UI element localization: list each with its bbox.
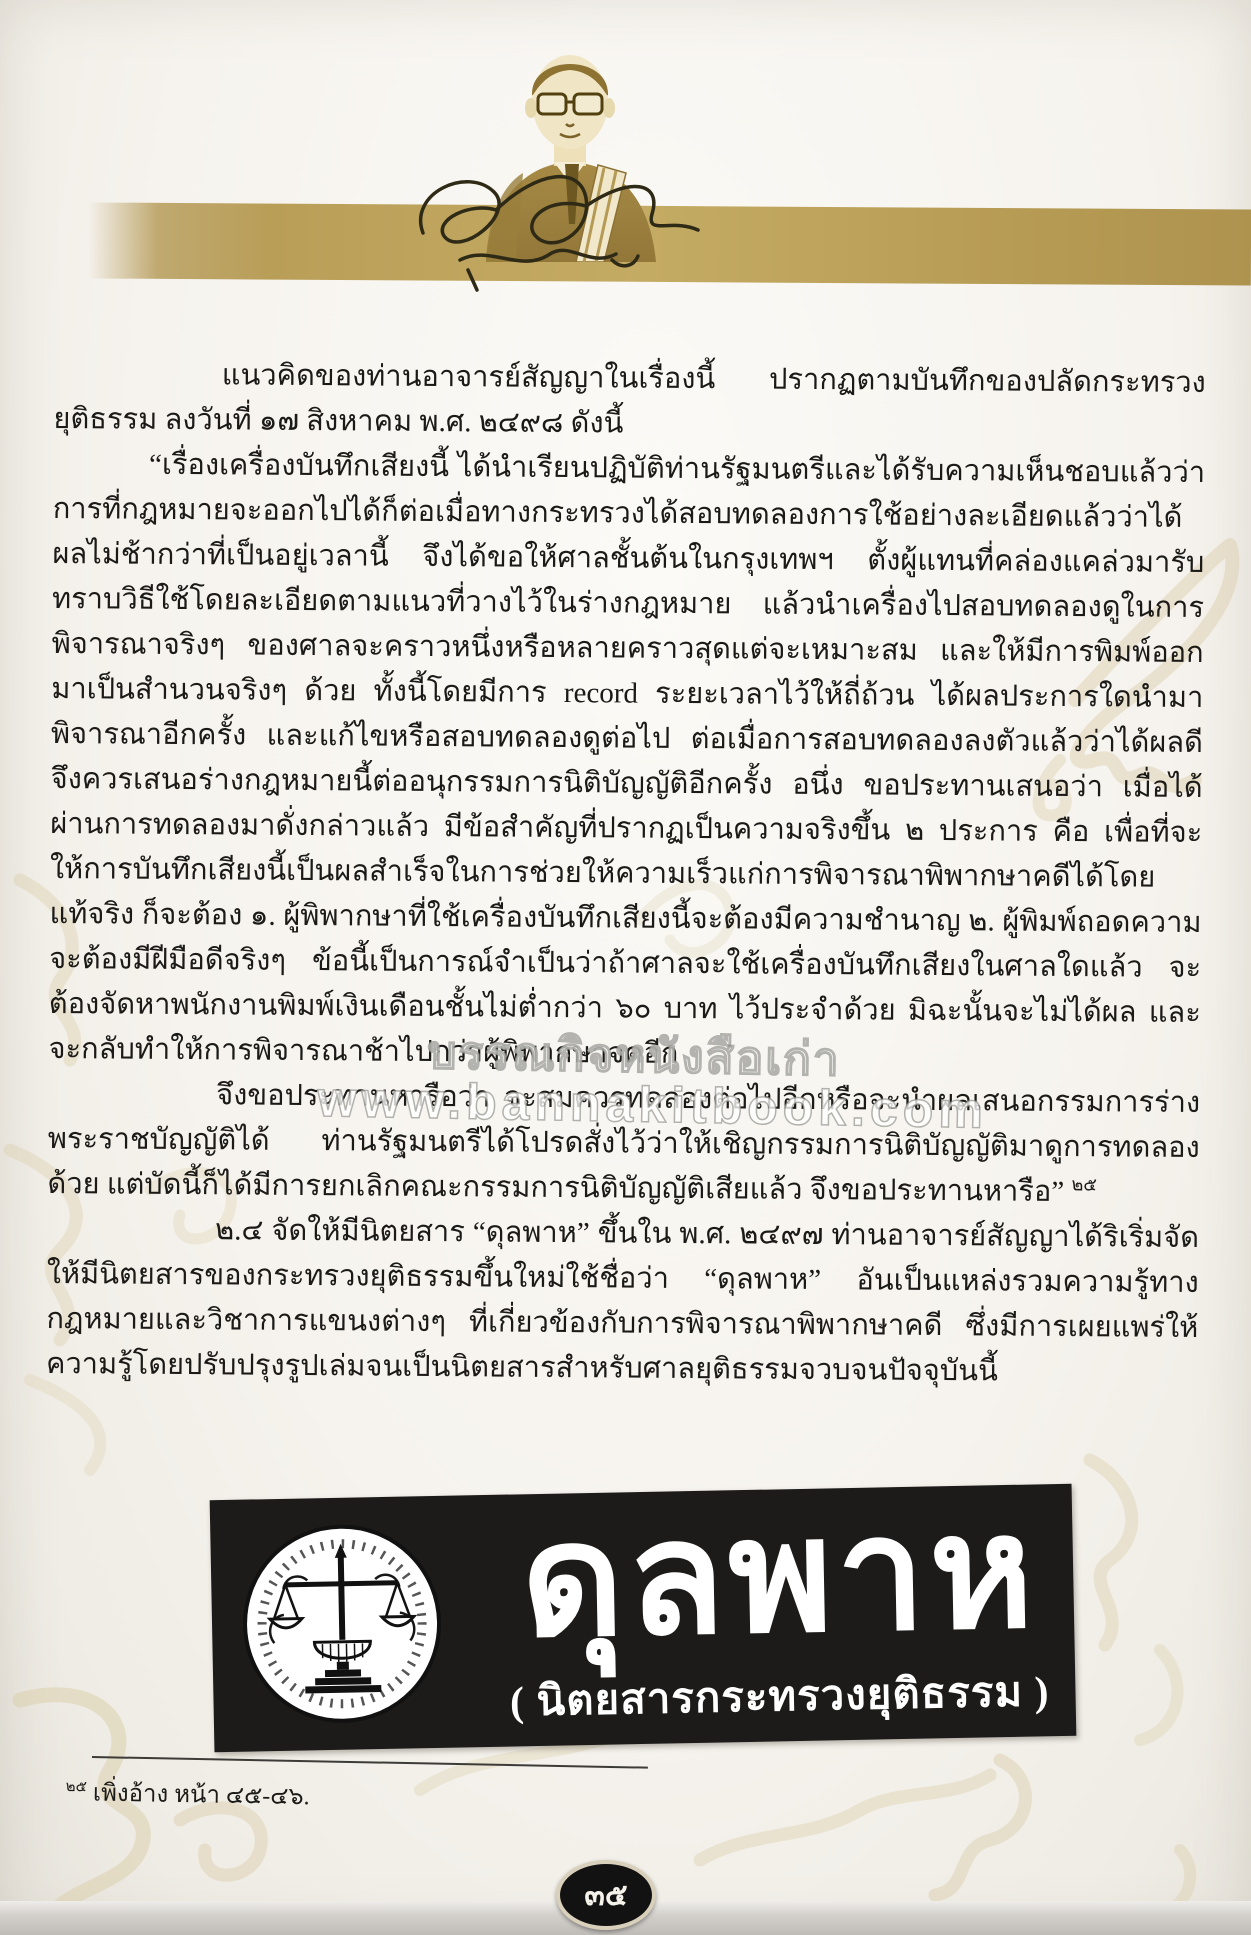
paragraph-consultation-text: จึงขอประทานหารือว่า จะสมควรทดลองต่อไปอีก… bbox=[47, 1079, 1200, 1208]
footnote-divider bbox=[92, 1756, 648, 1769]
footnote: ๒๕ เพิ่งอ้าง หน้า ๔๕-๔๖. bbox=[65, 1772, 310, 1815]
paragraph-consultation: จึงขอประทานหารือว่า จะสมควรทดลองต่อไปอีก… bbox=[47, 1072, 1200, 1216]
footnote-number: ๒๕ bbox=[66, 1779, 88, 1795]
logo-title: ดุลพาห bbox=[497, 1470, 1061, 1686]
book-page: แนวคิดของท่านอาจารย์สัญญาในเรื่องนี้ ปรา… bbox=[0, 0, 1251, 1935]
footnote-text: เพิ่งอ้าง หน้า ๔๕-๔๖. bbox=[87, 1780, 310, 1810]
page-number-badge: ๓๕ bbox=[556, 1860, 656, 1930]
paragraph-quoted-memo: “เรื่องเครื่องบันทึกเสียงนี้ ได้นำเรียนป… bbox=[48, 442, 1205, 1081]
paragraph-dulapaha-magazine: ๒.๔ จัดให้มีนิตยสาร “ดุลพาห” ขึ้นใน พ.ศ.… bbox=[46, 1207, 1199, 1396]
footnote-reference-mark: ๒๕ bbox=[1071, 1174, 1097, 1194]
dulapaha-logo-plate: ดุลพาห ( นิตยสารกระทรวงยุติธรรม ) bbox=[210, 1484, 1077, 1753]
document-body: แนวคิดของท่านอาจารย์สัญญาในเรื่องนี้ ปรา… bbox=[46, 352, 1206, 1396]
scales-of-justice-emblem-icon bbox=[238, 1520, 446, 1728]
paragraph-intro: แนวคิดของท่านอาจารย์สัญญาในเรื่องนี้ ปรา… bbox=[53, 352, 1206, 451]
logo-subtitle: ( นิตยสารกระทรวงยุติธรรม ) bbox=[509, 1658, 1050, 1734]
page-number: ๓๕ bbox=[584, 1872, 627, 1919]
signature-ink bbox=[398, 158, 728, 308]
